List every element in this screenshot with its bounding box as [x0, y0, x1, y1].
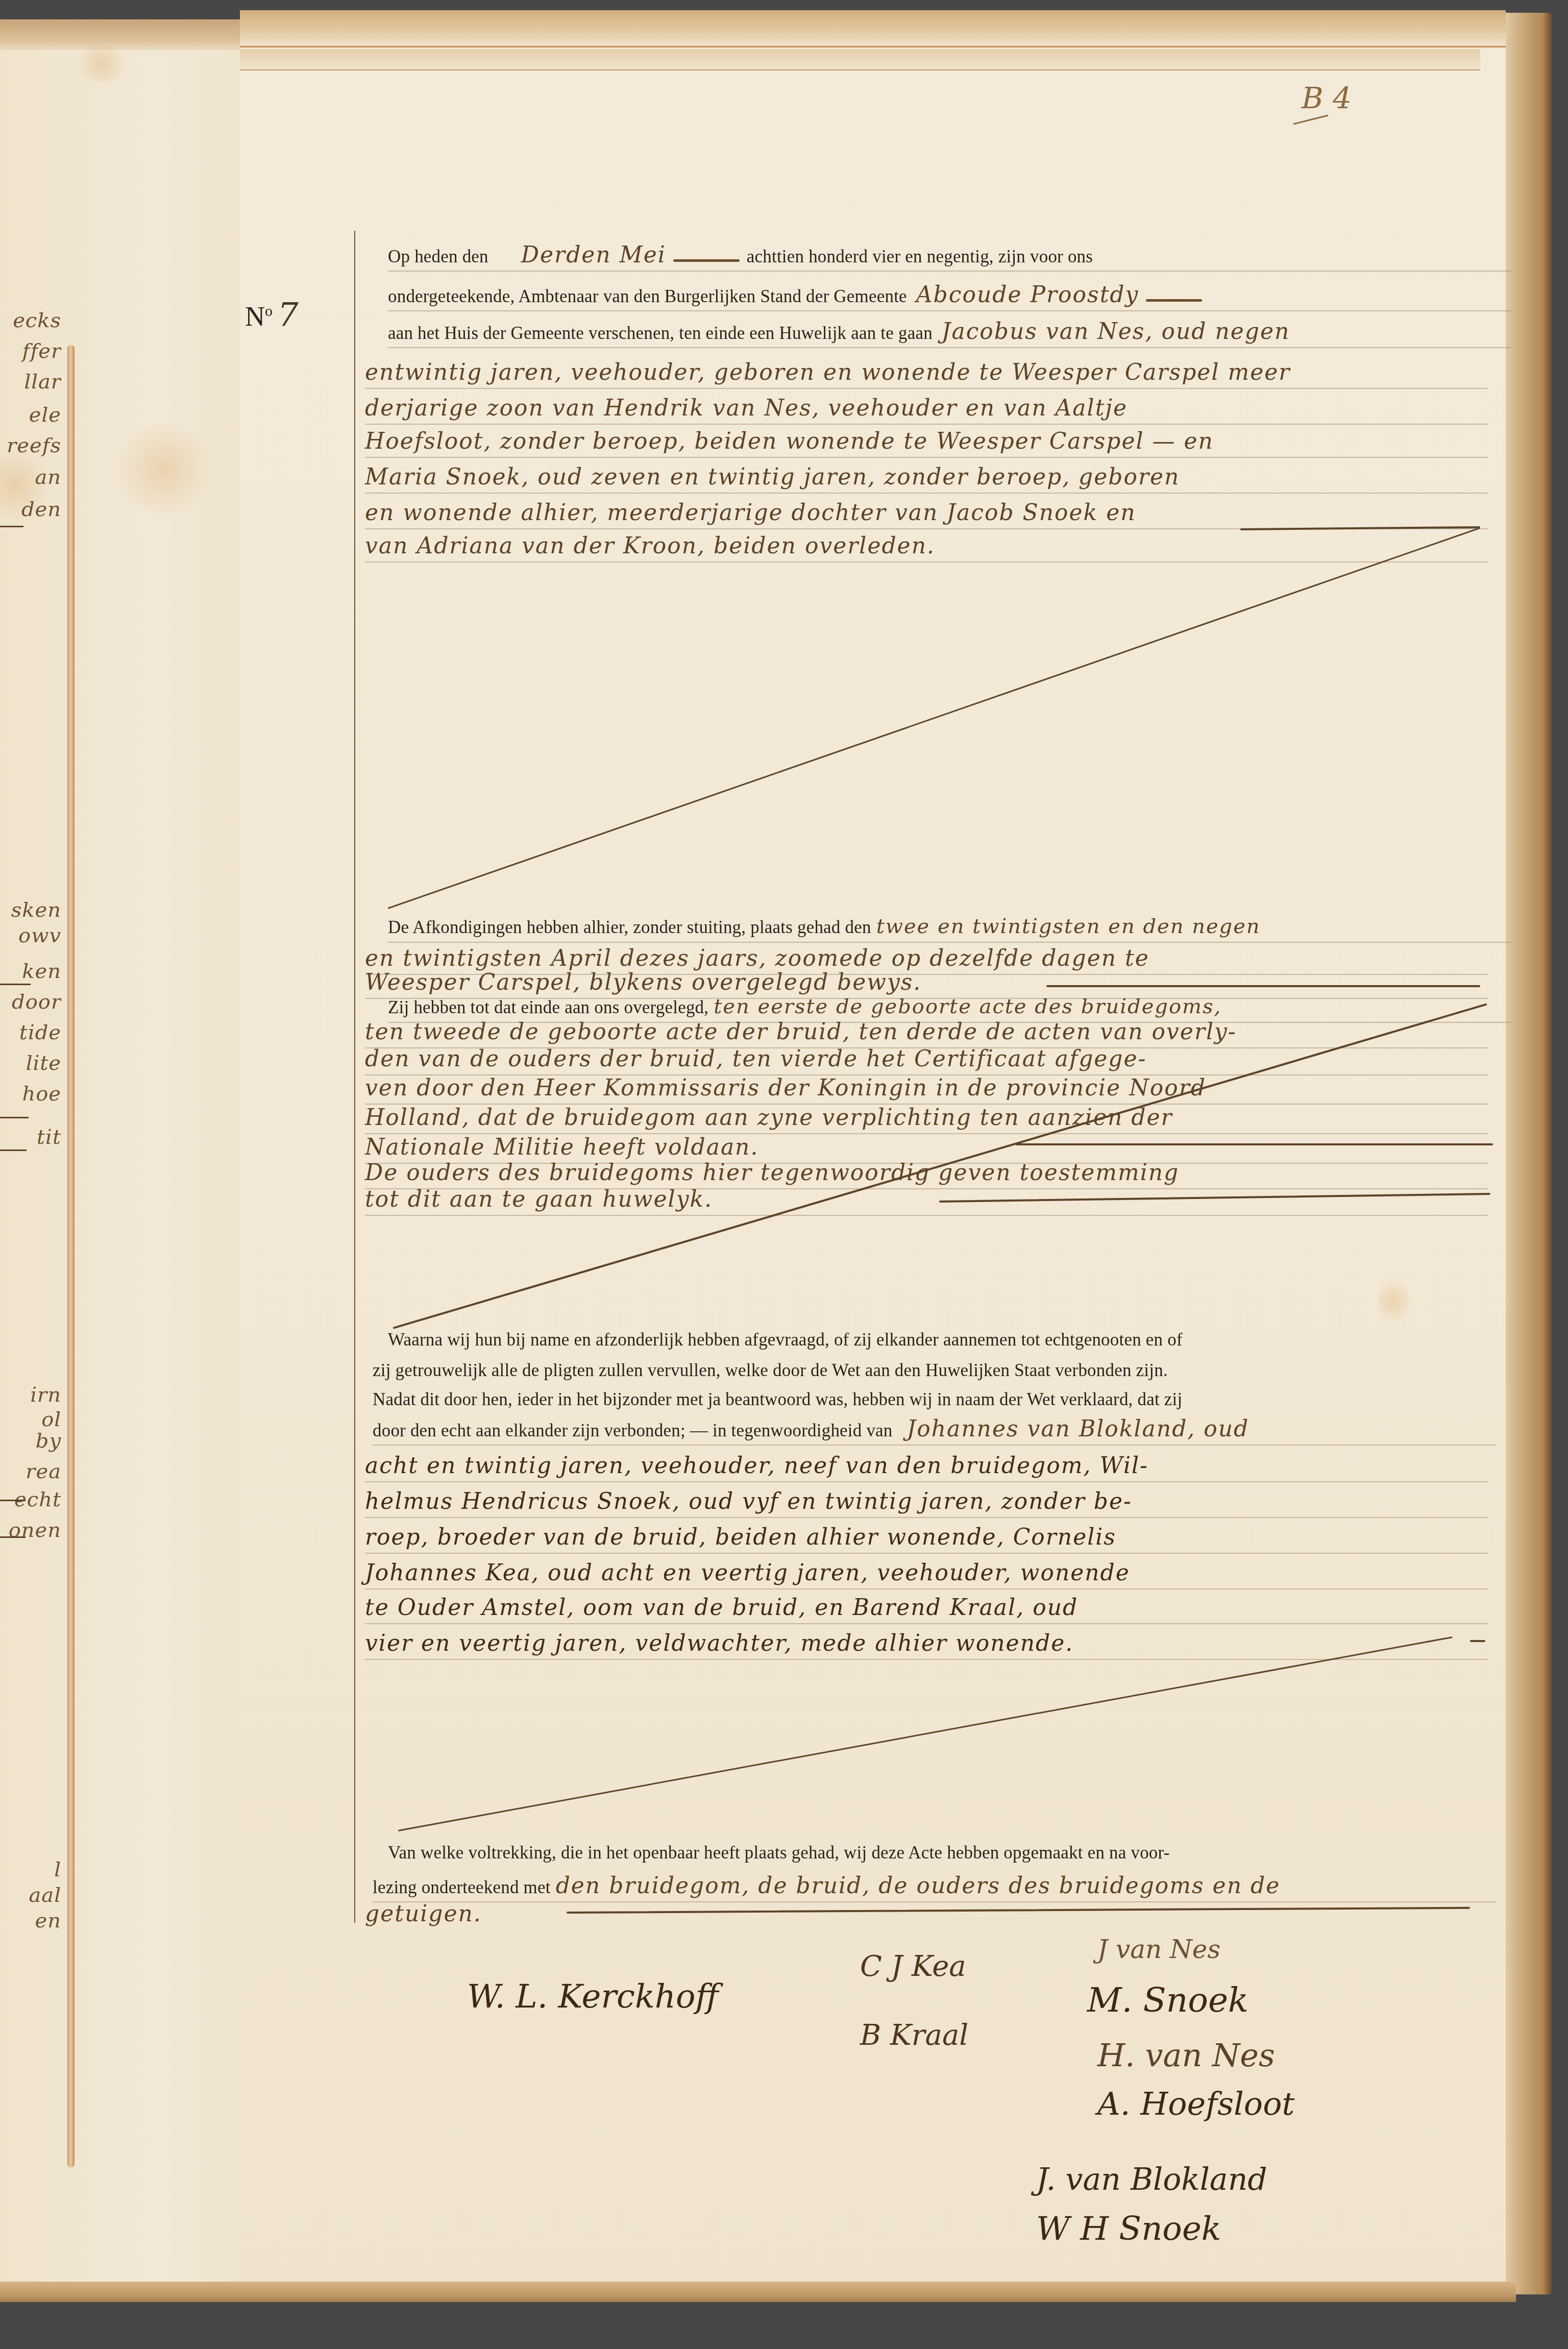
fragment: ol — [0, 1408, 61, 1431]
fill-stroke — [1470, 1640, 1485, 1642]
handwritten-line: Holland, dat de bruidegom aan zyne verpl… — [365, 1103, 1488, 1134]
fragment-rule — [0, 1536, 26, 1538]
fill-stroke — [1016, 1143, 1493, 1145]
fragment: den — [0, 498, 61, 521]
fragment: aal — [0, 1883, 61, 1907]
printed-text: Op heden den — [388, 247, 488, 266]
handwritten-line: acht en twintig jaren, veehouder, neef v… — [365, 1451, 1488, 1482]
signature-witness: C J Kea — [860, 1950, 966, 1983]
handwritten-line: Maria Snoek, oud zeven en twintig jaren,… — [365, 462, 1488, 494]
handwritten-text: Johannes van Blokland, oud — [907, 1416, 1249, 1442]
handwritten-line: roep, broeder van de bruid, beiden alhie… — [365, 1522, 1488, 1554]
handwritten-line: den van de ouders der bruid, ten vierde … — [365, 1044, 1488, 1075]
page-edge-bottom — [0, 2282, 1516, 2302]
printed-line: Nadat dit door hen, ieder in het bijzond… — [373, 1384, 1496, 1415]
signature-witness: B Kraal — [860, 2019, 968, 2052]
printed-text: Zij hebben tot dat einde aan ons overgel… — [388, 997, 708, 1017]
page-stack-edge-inner — [240, 49, 1480, 70]
handwritten-line: tot dit aan te gaan huwelyk. — [365, 1184, 1488, 1216]
handwritten-line: entwintig jaren, veehouder, geboren en w… — [365, 357, 1488, 389]
vows-line-4: door den echt aan elkander zijn verbonde… — [373, 1414, 1496, 1446]
signature-groom-father: H. van Nes — [1097, 2037, 1275, 2074]
signature-official: W. L. Kerckhoff — [467, 1978, 719, 2016]
signature-groom-mother: A. Hoefsloot — [1097, 2085, 1294, 2122]
printed-text: achttien honderd vier en negentig, zijn … — [747, 247, 1093, 266]
fragment: ele — [0, 403, 61, 427]
fragment-rule — [0, 984, 31, 985]
fragment: onen — [0, 1519, 61, 1542]
act-number-sup: o — [265, 303, 273, 320]
fragment: lite — [0, 1051, 61, 1075]
fragment: irn — [0, 1383, 61, 1407]
fragment-rule — [0, 1149, 27, 1151]
act-number: No7 — [245, 296, 299, 334]
proclamations-line-1: De Afkondigingen hebben alhier, zonder s… — [388, 911, 1511, 943]
signature-bride: M. Snoek — [1087, 1980, 1248, 2020]
handwritten-date: Derden Mei — [521, 242, 666, 268]
foxing-stain — [71, 46, 133, 82]
printed-text: ondergeteekende, Ambtenaar van den Burge… — [388, 286, 907, 306]
handwritten-municipality: Abcoude Proostdy — [916, 282, 1139, 308]
handwritten-text: Jacobus van Nes, oud negen — [942, 319, 1290, 345]
fill-dash — [1146, 299, 1202, 302]
handwritten-line: van Adriana van der Kroon, beiden overle… — [365, 531, 1488, 562]
folio-number: B 4 — [1302, 81, 1352, 115]
left-page-top-edge — [0, 19, 265, 50]
handwritten-text: twee en twintigsten en den negen — [876, 915, 1261, 938]
intro-line-3: aan het Huis der Gemeente verschenen, te… — [388, 316, 1511, 348]
act-number-value: 7 — [278, 296, 299, 334]
foxing-stain — [1378, 1276, 1409, 1327]
fill-dash — [673, 259, 740, 262]
signature-witness: J. van Blokland — [1036, 2162, 1267, 2197]
foxing-stain — [117, 419, 209, 521]
printed-text: aan het Huis der Gemeente verschenen, te… — [388, 323, 933, 343]
printed-text: De Afkondigingen hebben alhier, zonder s… — [388, 917, 871, 937]
fragment: ken — [0, 960, 61, 983]
handwritten-line: Johannes Kea, oud acht en veertig jaren,… — [365, 1558, 1488, 1589]
fragment: an — [0, 466, 61, 489]
printed-text: lezing onderteekend met — [373, 1877, 551, 1897]
intro-line-1: Op heden den Derden Mei achttien honderd… — [388, 240, 1511, 272]
handwritten-line: te Ouder Amstel, oom van de bruid, en Ba… — [365, 1593, 1488, 1624]
fragment: door — [0, 990, 61, 1014]
handwritten-line: getuigen. — [365, 1899, 1488, 1929]
fragment-rule — [0, 1500, 26, 1501]
fragment: en — [0, 1909, 61, 1932]
printed-line: Waarna wij hun bij name en afzonderlijk … — [388, 1325, 1511, 1355]
handwritten-line: en wonende alhier, meerderjarige dochter… — [365, 498, 1488, 529]
spine-fold — [67, 345, 75, 2167]
fragment: owv — [0, 924, 61, 947]
signature-witness: W H Snoek — [1036, 2210, 1221, 2248]
fragment: llar — [0, 370, 61, 394]
handwritten-line: ven door den Heer Kommissaris der Koning… — [365, 1073, 1488, 1105]
handwritten-line: vier en veertig jaren, veldwachter, mede… — [365, 1628, 1488, 1660]
printed-line: zij getrouwelijk alle de pligten zullen … — [373, 1355, 1496, 1386]
fragment: reefs — [0, 434, 61, 457]
fragment-rule — [0, 1117, 29, 1118]
fragment: sken — [0, 898, 61, 922]
closing-line-2: lezing onderteekend met den bruidegom, d… — [373, 1871, 1496, 1902]
page-stack-edge-top — [240, 10, 1506, 47]
handwritten-line: helmus Hendricus Snoek, oud vyf en twint… — [365, 1486, 1488, 1518]
fragment: by — [0, 1429, 61, 1453]
handwritten-line: Hoefsloot, zonder beroep, beiden wonende… — [365, 426, 1488, 458]
printed-line: Van welke voltrekking, die in het openba… — [388, 1838, 1511, 1868]
fragment: rea — [0, 1460, 61, 1483]
intro-line-2: ondergeteekende, Ambtenaar van den Burge… — [388, 280, 1511, 311]
printed-text: door den echt aan elkander zijn verbonde… — [373, 1421, 893, 1440]
fragment: ffer — [0, 339, 61, 363]
fragment: tit — [0, 1125, 61, 1149]
fragment: hoe — [0, 1082, 61, 1106]
margin-rule — [354, 231, 355, 1923]
fragment: ecks — [0, 309, 61, 332]
fragment: l — [0, 1858, 61, 1881]
signature-groom: J van Nes — [1097, 1935, 1220, 1964]
fragment: tide — [0, 1021, 61, 1044]
act-number-label: N — [245, 301, 265, 332]
fragment-rule — [0, 526, 23, 527]
page-edge-right — [1506, 13, 1552, 2294]
fill-stroke — [1046, 985, 1480, 987]
handwritten-text: ten eerste de geboorte acte des bruidego… — [714, 995, 1221, 1018]
handwritten-text: den bruidegom, de bruid, de ouders des b… — [556, 1873, 1281, 1899]
handwritten-line: derjarige zoon van Hendrik van Nes, veeh… — [365, 393, 1488, 425]
